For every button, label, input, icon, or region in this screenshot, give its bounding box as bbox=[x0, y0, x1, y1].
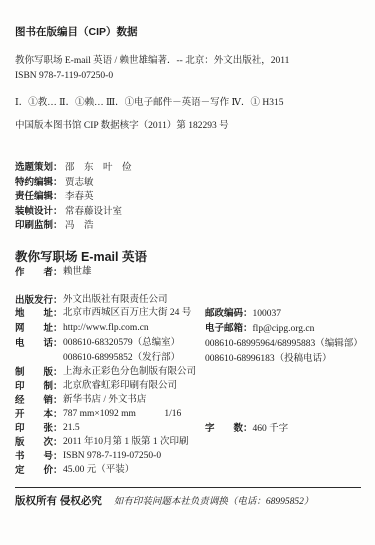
pub-right-label: 电子邮箱： bbox=[205, 323, 253, 334]
pub-label: 电 话： bbox=[15, 337, 63, 352]
book-title: 教你写职场 E-mail 英语 bbox=[15, 249, 361, 265]
credit-label: 装帧设计： bbox=[15, 205, 65, 220]
pub-value: 787 mm×1092 mm 1/16 bbox=[63, 408, 181, 422]
cip-record-line: 中国版本图书馆 CIP 数据核字（2011）第 182293 号 bbox=[15, 119, 361, 133]
pub-value: 外文出版社有限责任公司 bbox=[63, 294, 168, 308]
pub-row-plate-making: 制 版：上海永正彩色分色制版有限公司 bbox=[15, 366, 361, 380]
credit-row-planning: 选题策划： 邵 东 叶 俭 bbox=[15, 161, 361, 176]
editorial-credits: 选题策划： 邵 东 叶 俭 特约编辑： 贾志敏 责任编辑： 李春英 装帧设计： … bbox=[15, 161, 361, 234]
pub-label: 出版发行： bbox=[15, 294, 63, 308]
pub-row-sheets: 印 张：21.5 字 数：460 千字 bbox=[15, 422, 361, 437]
credit-label: 特约编辑： bbox=[15, 176, 65, 191]
pub-label: 印 制： bbox=[15, 380, 63, 394]
exchange-notice: 如有印装问题本社负责调换（电话：68995852） bbox=[114, 493, 314, 507]
pub-value: 45.00 元（平装） bbox=[63, 464, 134, 478]
pub-value: 008610-68320579（总编室） bbox=[63, 337, 180, 352]
pub-row-printing: 印 制：北京欣睿虹彩印刷有限公司 bbox=[15, 380, 361, 394]
pub-row-phone-1: 电 话：008610-68320579（总编室） 008610-68995964… bbox=[15, 337, 361, 352]
pub-value: http://www.flp.com.cn bbox=[63, 322, 149, 337]
pub-value: 2011 年10月第 1 版第 1 次印刷 bbox=[63, 436, 189, 450]
credit-row-responsible-editor: 责任编辑： 李春英 bbox=[15, 190, 361, 205]
cip-isbn-line: ISBN 978-7-119-07250-0 bbox=[15, 69, 361, 84]
pub-label: 定 价： bbox=[15, 464, 63, 478]
pub-value: 新华书店 / 外文书店 bbox=[63, 394, 146, 408]
pub-value: 上海永正彩色分色制版有限公司 bbox=[63, 366, 196, 380]
author-row: 作 者： 赖世雄 bbox=[15, 266, 361, 279]
pub-label: 版 次： bbox=[15, 436, 63, 450]
pub-value: 008610-68995852（发行部） bbox=[63, 352, 180, 367]
pub-right-label: 邮政编码： bbox=[205, 308, 253, 319]
credit-value: 贾志敏 bbox=[65, 176, 94, 191]
pub-label: 印 张： bbox=[15, 422, 63, 437]
pub-label: 书 号： bbox=[15, 450, 63, 464]
pub-right-value: 008610-68995964/68995883（编辑部） bbox=[205, 339, 363, 349]
divider bbox=[15, 487, 361, 488]
credit-label: 选题策划： bbox=[15, 161, 65, 176]
pub-row-price: 定 价：45.00 元（平装） bbox=[15, 464, 361, 478]
cip-description-line: 教你写职场 E-mail 英语 / 赖世雄编著．-- 北京：外文出版社，2011 bbox=[15, 54, 361, 69]
credit-value: 冯 浩 bbox=[65, 219, 94, 234]
credit-value: 常春藤设计室 bbox=[65, 205, 122, 220]
cip-header: 图书在版编目（CIP）数据 bbox=[15, 26, 361, 38]
credit-row-special-editor: 特约编辑： 贾志敏 bbox=[15, 176, 361, 191]
pub-label: 地 址： bbox=[15, 307, 63, 322]
credit-value: 李春英 bbox=[65, 190, 94, 205]
title-block: 教你写职场 E-mail 英语 作 者： 赖世雄 bbox=[15, 249, 361, 279]
copyright-page: 图书在版编目（CIP）数据 教你写职场 E-mail 英语 / 赖世雄编著．--… bbox=[0, 0, 375, 545]
pub-value: 北京市西城区百万庄大街 24 号 bbox=[63, 307, 191, 322]
pub-row-address: 地 址：北京市西城区百万庄大街 24 号 邮政编码：100037 bbox=[15, 307, 361, 322]
copyright-rights-statement: 版权所有 侵权必究 bbox=[15, 493, 102, 508]
pub-label: 网 址： bbox=[15, 322, 63, 337]
pub-row-edition: 版 次：2011 年10月第 1 版第 1 次印刷 bbox=[15, 436, 361, 450]
credit-value: 邵 东 叶 俭 bbox=[65, 161, 132, 176]
pub-label: 开 本： bbox=[15, 408, 63, 422]
pub-right-label: 字 数： bbox=[205, 423, 253, 434]
pub-value: 北京欣睿虹彩印刷有限公司 bbox=[63, 380, 177, 394]
pub-right-value: 460 千字 bbox=[253, 424, 289, 434]
pub-label bbox=[15, 352, 63, 367]
pub-right-value: 008610-68996183（投稿电话） bbox=[205, 354, 332, 364]
credit-label: 责任编辑： bbox=[15, 190, 65, 205]
pub-row-isbn: 书 号：ISBN 978-7-119-07250-0 bbox=[15, 450, 361, 464]
pub-value: 21.5 bbox=[63, 422, 80, 437]
cip-description-block: 教你写职场 E-mail 英语 / 赖世雄编著．-- 北京：外文出版社，2011… bbox=[15, 54, 361, 84]
pub-right-value: 100037 bbox=[253, 309, 282, 319]
pub-value: ISBN 978-7-119-07250-0 bbox=[63, 450, 161, 464]
pub-row-phone-2: 008610-68995852（发行部） 008610-68996183（投稿电… bbox=[15, 352, 361, 367]
publication-info: 出版发行：外文出版社有限责任公司 地 址：北京市西城区百万庄大街 24 号 邮政… bbox=[15, 294, 361, 478]
author-label: 作 者： bbox=[15, 266, 63, 279]
pub-right-value: flp@cipg.org.cn bbox=[253, 324, 315, 334]
author-name: 赖世雄 bbox=[63, 266, 92, 279]
credit-row-design: 装帧设计： 常春藤设计室 bbox=[15, 205, 361, 220]
cip-classification-line: Ⅰ．①教… Ⅱ．①赖… Ⅲ．①电子邮件－英语－写作 Ⅳ．① H315 bbox=[15, 96, 361, 110]
footer-notice-row: 版权所有 侵权必究 如有印装问题本社负责调换（电话：68995852） bbox=[15, 493, 361, 508]
credit-label: 印刷监制： bbox=[15, 219, 65, 234]
pub-row-website: 网 址：http://www.flp.com.cn 电子邮箱：flp@cipg.… bbox=[15, 322, 361, 337]
credit-row-print-supervision: 印刷监制： 冯 浩 bbox=[15, 219, 361, 234]
pub-row-publisher: 出版发行：外文出版社有限责任公司 bbox=[15, 294, 361, 308]
pub-label: 制 版： bbox=[15, 366, 63, 380]
pub-label: 经 销： bbox=[15, 394, 63, 408]
pub-row-format: 开 本：787 mm×1092 mm 1/16 bbox=[15, 408, 361, 422]
pub-row-distribution: 经 销：新华书店 / 外文书店 bbox=[15, 394, 361, 408]
